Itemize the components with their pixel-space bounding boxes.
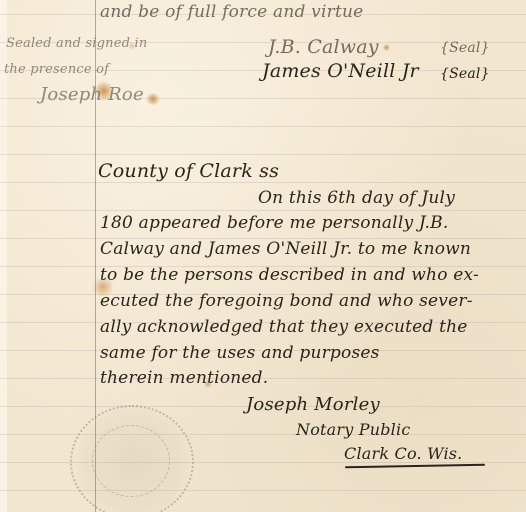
ruled-line	[0, 210, 526, 211]
notary-seal-impression	[70, 405, 194, 512]
signatory-1-signature: J.B. Calway	[268, 36, 379, 58]
acknowledgement-line-3: Calway and James O'Neill Jr. to me known	[100, 239, 471, 259]
ruled-line	[0, 126, 526, 127]
witness-signature: Joseph Roe	[40, 84, 144, 105]
bond-closing-line: and be of full force and virtue	[100, 2, 363, 22]
acknowledgement-line-8: therein mentioned.	[100, 368, 268, 388]
signatory-2-signature: James O'Neill Jr	[262, 60, 419, 82]
ruled-line	[0, 154, 526, 155]
notary-name: Joseph Morley	[246, 394, 380, 415]
acknowledgement-line-6: ally acknowledged that they executed the	[100, 317, 468, 337]
notary-title: Notary Public	[296, 420, 410, 439]
signatory-1-seal: {Seal}	[440, 40, 490, 56]
witness-line-2: the presence of	[4, 62, 109, 77]
acknowledgement-line-7: same for the uses and purposes	[100, 343, 380, 363]
foxing-stain	[383, 44, 390, 51]
acknowledgement-line-2: 180 appeared before me personally J.B.	[100, 213, 448, 233]
signature-underline	[345, 464, 485, 468]
acknowledgement-line-4: to be the persons described in and who e…	[100, 265, 479, 285]
witness-line-1: Sealed and signed in	[6, 36, 147, 51]
venue-heading: County of Clark ss	[98, 160, 279, 182]
acknowledgement-line-1: On this 6th day of July	[258, 188, 455, 208]
document-page: and be of full force and virtue Sealed a…	[0, 0, 526, 512]
notary-county: Clark Co. Wis.	[344, 444, 462, 463]
ruled-line	[0, 182, 526, 183]
foxing-stain	[146, 93, 160, 105]
signatory-2-seal: {Seal}	[440, 66, 490, 82]
acknowledgement-line-5: ecuted the foregoing bond and who sever-	[100, 291, 473, 311]
seal-inner-ring	[92, 425, 170, 497]
